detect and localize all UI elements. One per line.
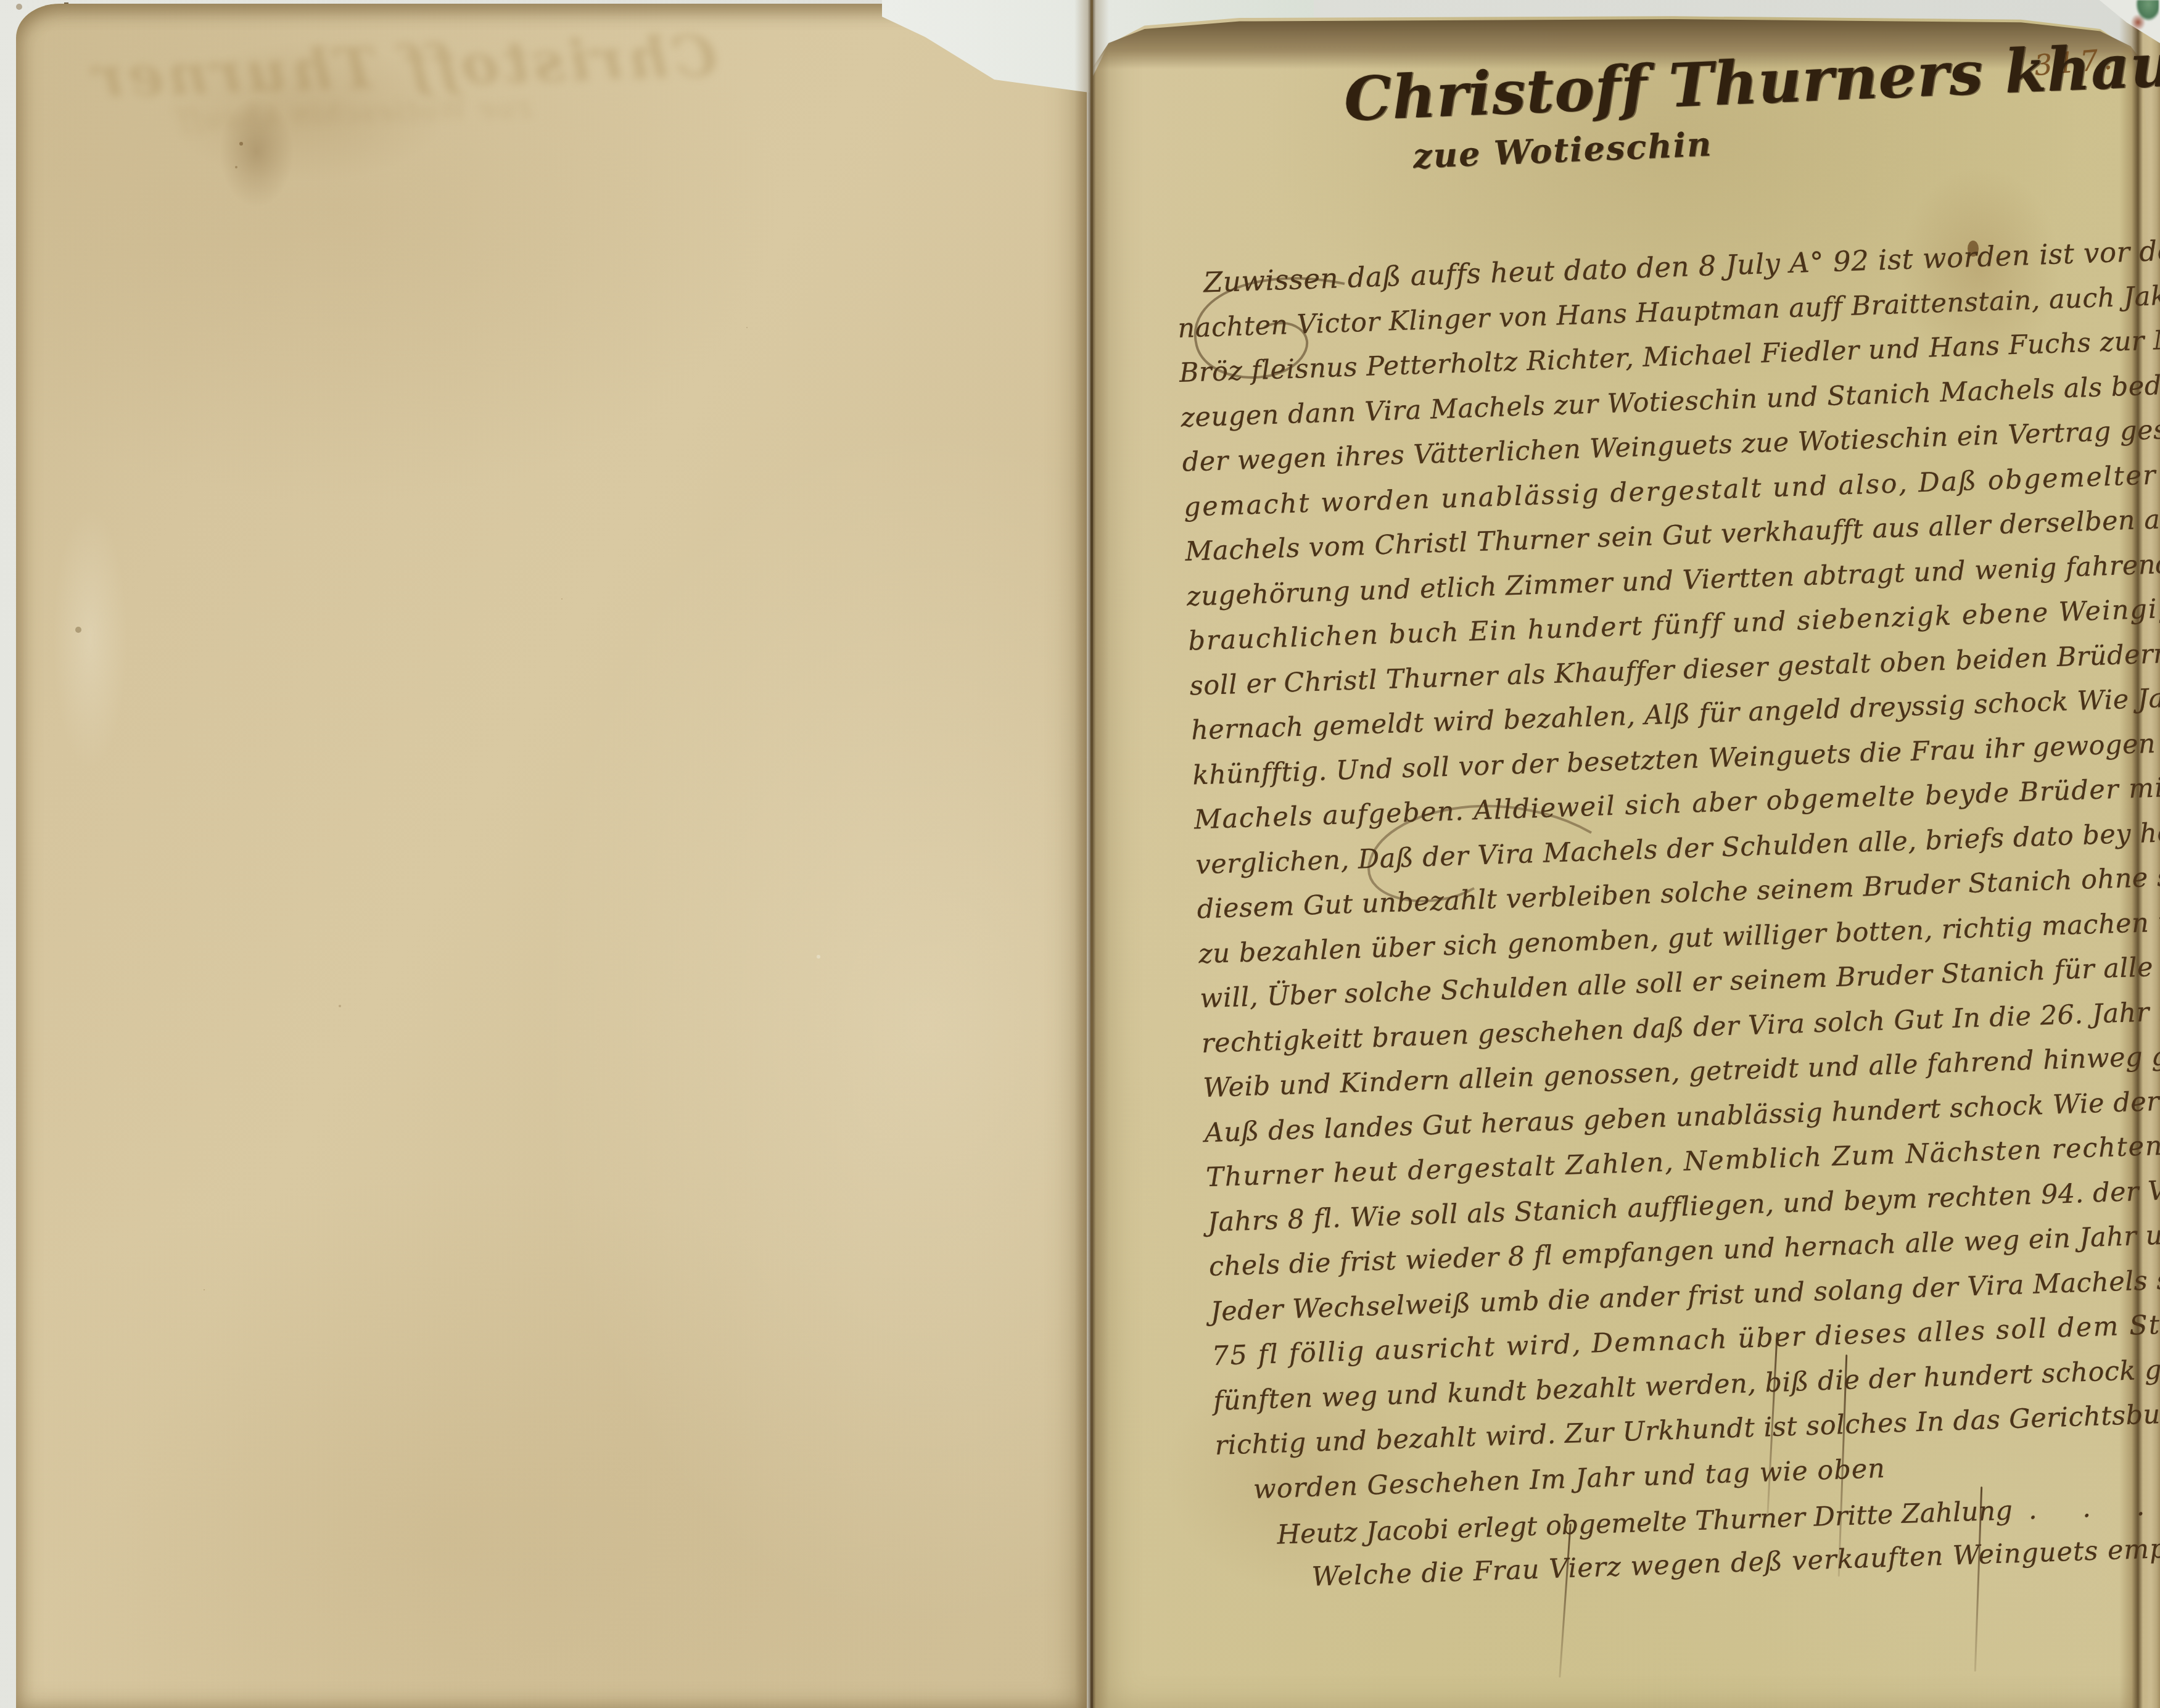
left-blank-page: Christoff Thurner zue Wotieschin khauff — [16, 4, 1087, 1708]
paper-highlight — [53, 510, 127, 769]
manuscript-lines: Zuwissen daß auffs heut dato den 8 July … — [1176, 231, 2153, 1469]
manuscript-text-block: Zuwissen daß auffs heut dato den 8 July … — [1176, 231, 2157, 1603]
paper-specks — [16, 4, 22, 10]
gutter-crease — [1090, 0, 1093, 1708]
book-gutter — [1074, 0, 1109, 1708]
